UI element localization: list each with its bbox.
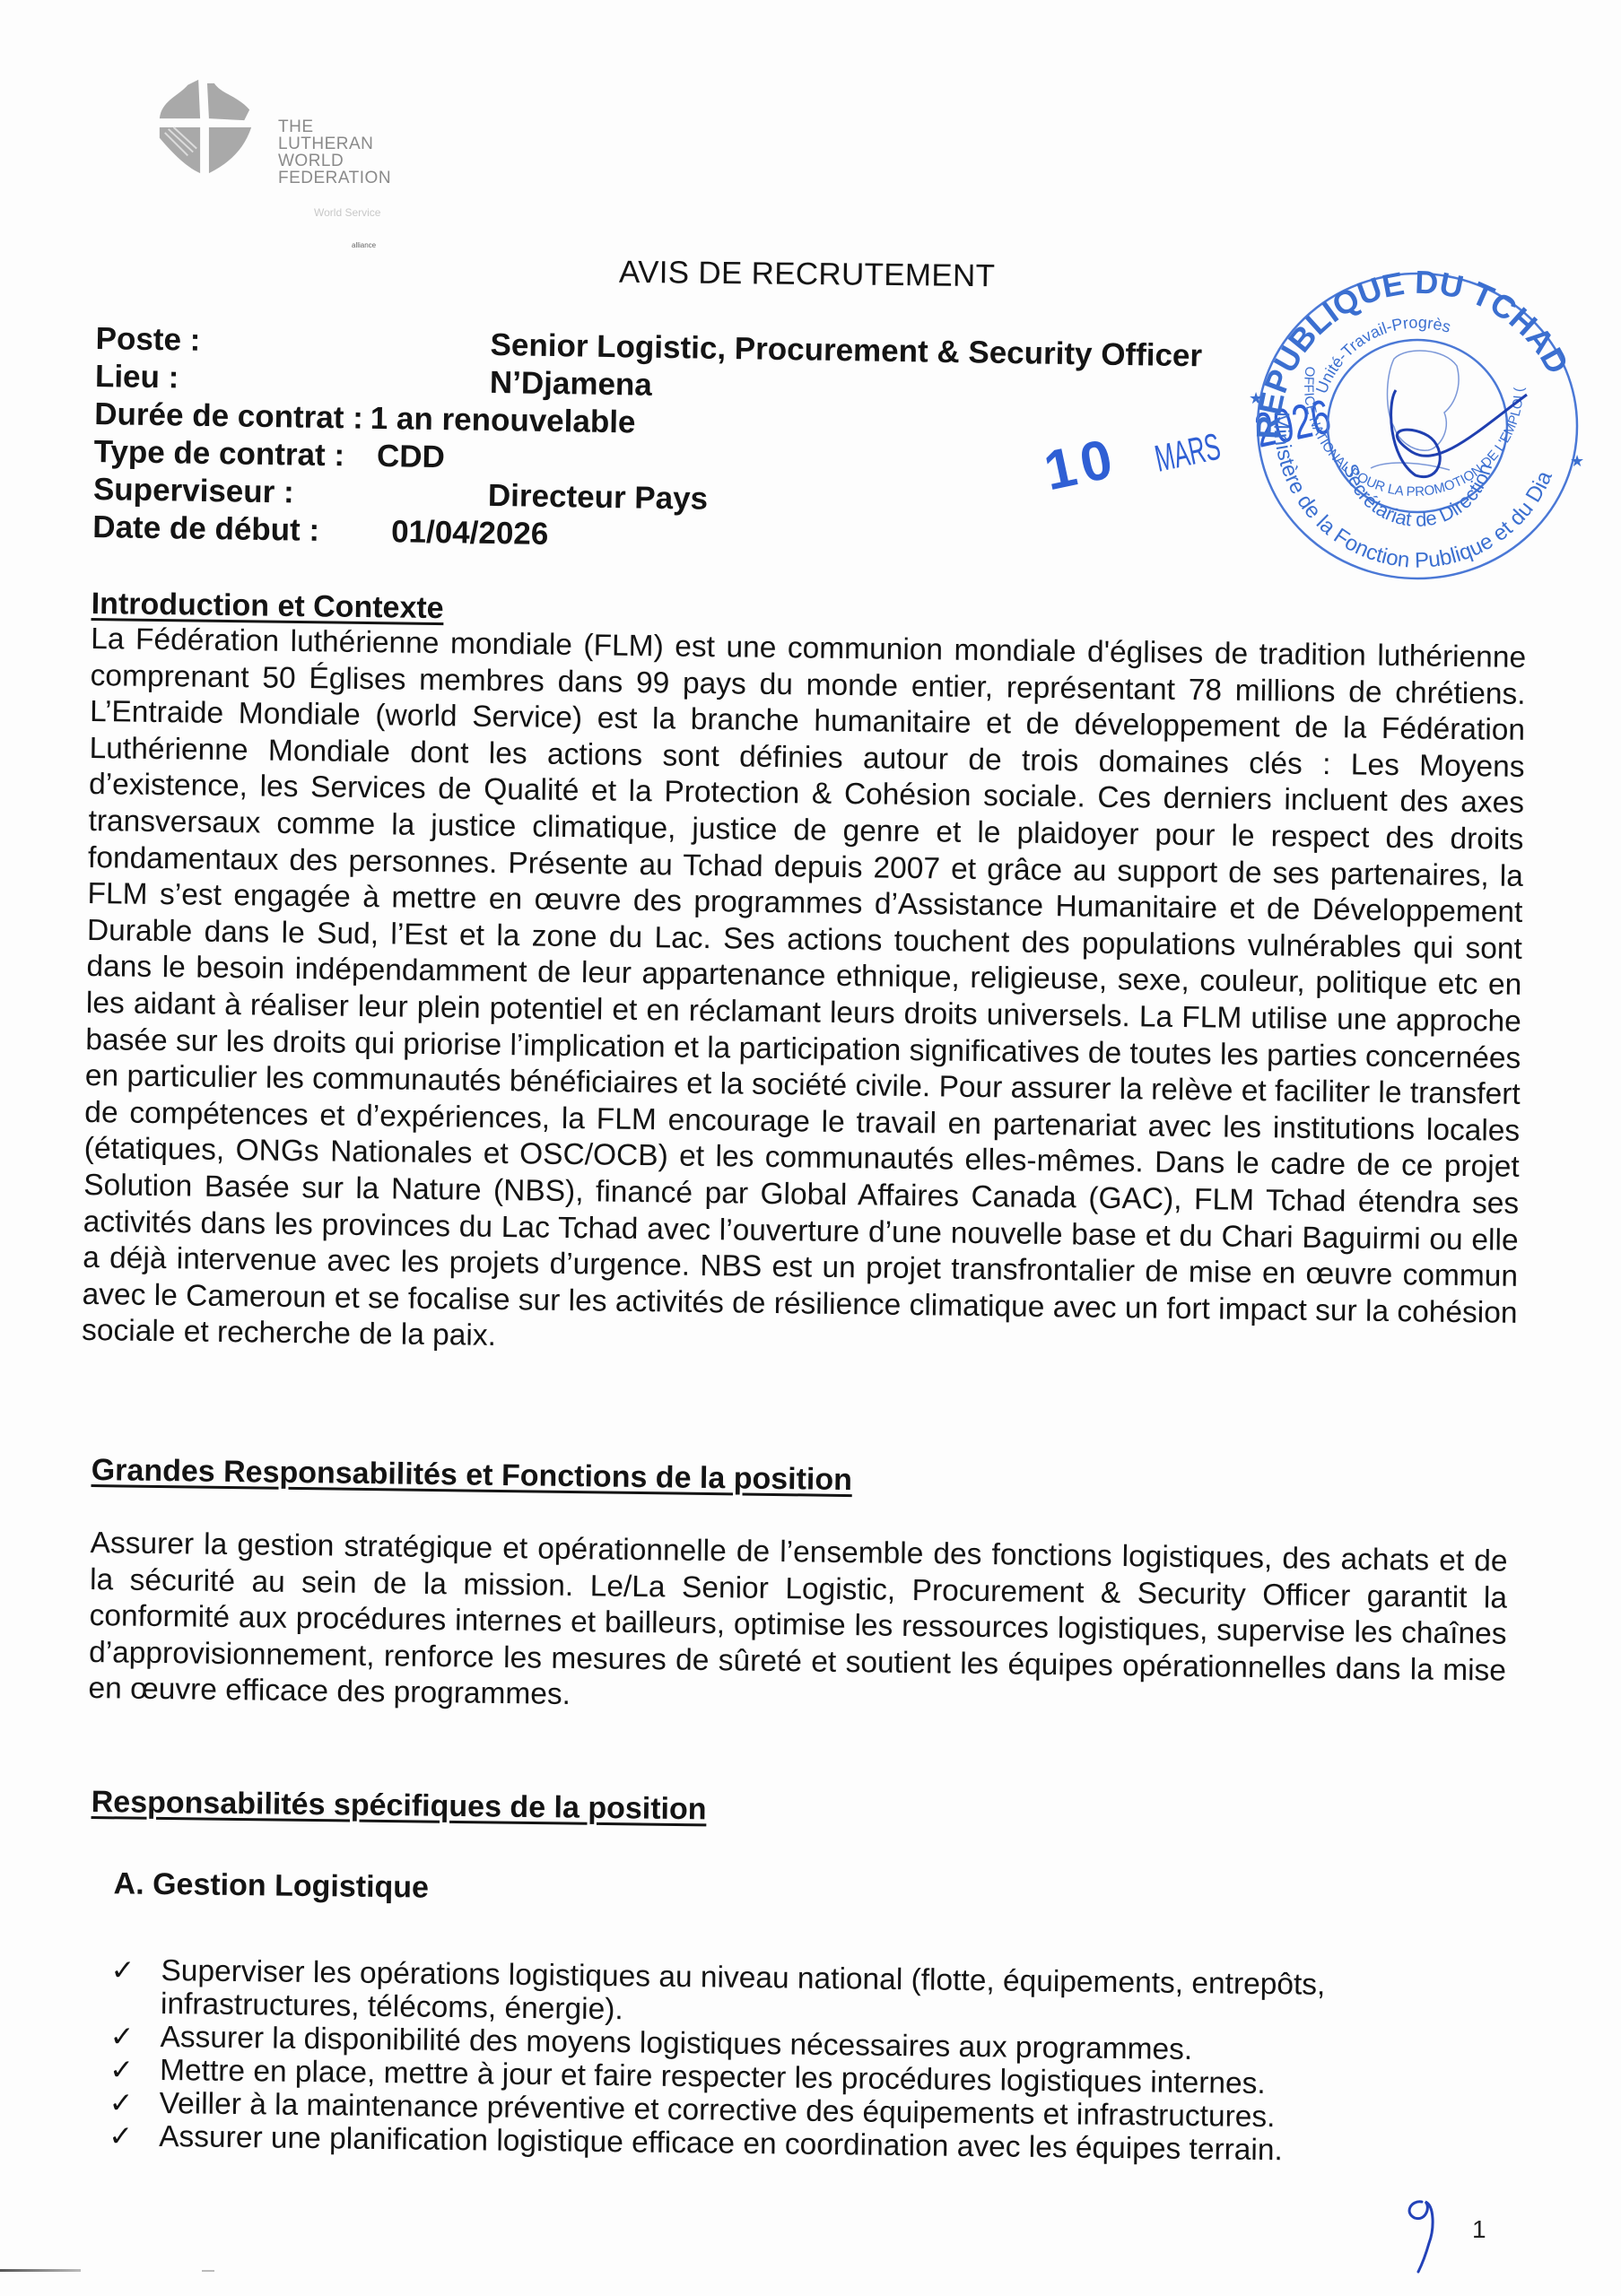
logo-line: LUTHERAN [278, 135, 391, 152]
scan-artifact [202, 2270, 214, 2272]
meta-value: 1 an renouvelable [362, 401, 635, 441]
section-heading: Grandes Responsabilités et Fonctions de … [91, 1453, 1508, 1507]
page-title: AVIS DE RECRUTEMENT [619, 255, 996, 294]
meta-label: Lieu : [95, 359, 392, 399]
responsibility-list: ✓ Superviser les opérations logistiques … [109, 1953, 1435, 2169]
check-icon: ✓ [110, 1953, 135, 1987]
meta-label: Durée de contrat : [94, 396, 363, 437]
check-icon: ✓ [109, 2086, 133, 2119]
page-number: 1 [1472, 2215, 1486, 2244]
check-icon: ✓ [109, 2119, 133, 2152]
date-stamp-month: MARS [1152, 425, 1224, 481]
initials-signature-icon [1395, 2193, 1449, 2274]
lwf-logo: THE LUTHERAN WORLD FEDERATION World Serv… [153, 65, 422, 262]
logo-tag: alliance [352, 241, 376, 249]
section-paragraph: La Fédération luthérienne mondiale (FLM)… [82, 622, 1526, 1369]
check-icon: ✓ [109, 2053, 134, 2086]
official-seal-icon: RÉPUBLIQUE DU TCHAD Ministère de la Fonc… [1236, 260, 1595, 592]
meta-value: Directeur Pays [389, 476, 709, 517]
scan-artifact [0, 2269, 81, 2272]
section-paragraph: Assurer la gestion stratégique et opérat… [88, 1526, 1508, 1726]
section-heading: Responsabilités spécifiques de la positi… [92, 1785, 1437, 1836]
meta-label: Type de contrat : [93, 434, 344, 474]
logo-text: THE LUTHERAN WORLD FEDERATION [278, 118, 391, 187]
section-introduction: Introduction et Contexte La Fédération l… [82, 587, 1527, 1369]
job-meta: Poste : Senior Logistic, Procurement & S… [92, 319, 1202, 562]
lwf-cross-hands-icon [153, 74, 258, 181]
logo-line: THE [278, 118, 391, 135]
meta-label: Poste : [95, 321, 392, 361]
meta-value: CDD [344, 438, 445, 475]
logo-line: WORLD [278, 152, 391, 170]
check-icon: ✓ [109, 2020, 134, 2053]
logo-line: FEDERATION [278, 170, 391, 187]
logo-subtitle: World Service [314, 206, 380, 219]
section-responsabilites-specifiques: Responsabilités spécifiques de la positi… [87, 1785, 1437, 2169]
meta-value: 01/04/2026 [319, 513, 549, 552]
svg-text:★: ★ [1570, 452, 1584, 470]
meta-label: Superviseur : [93, 472, 390, 512]
meta-label: Date de début : [92, 509, 319, 549]
svg-text:★: ★ [1249, 389, 1263, 407]
section-grandes-responsabilites: Grandes Responsabilités et Fonctions de … [88, 1453, 1509, 1726]
subsection-heading: A. Gestion Logistique [113, 1866, 1435, 1918]
document-page: THE LUTHERAN WORLD FEDERATION World Serv… [0, 0, 1621, 2296]
meta-value: N’Djamena [391, 363, 652, 404]
list-item-text: Superviser les opérations logistiques au… [161, 1954, 1326, 2026]
